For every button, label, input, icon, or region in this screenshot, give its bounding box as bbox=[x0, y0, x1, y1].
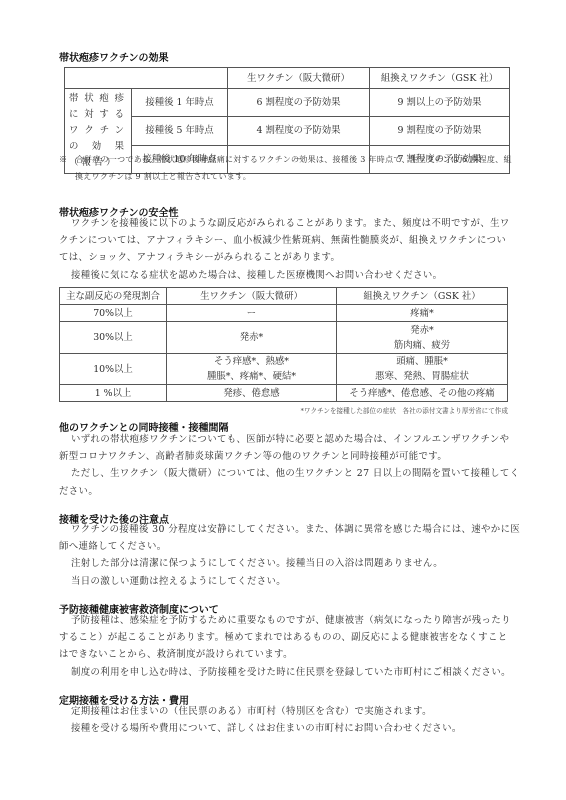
table-cell: 1 %以上 bbox=[60, 385, 167, 402]
table-cell: 10%以上 bbox=[60, 354, 167, 385]
document-page: 帯状疱疹ワクチンの効果 生ワクチン（阪大微研） 組換えワクチン（GSK 社） 帯… bbox=[0, 0, 566, 800]
table-footnote: *ワクチンを接種した部位の症状 各社の添付文書より厚労省にて作成 bbox=[301, 405, 508, 415]
table-row: 70%以上 ー 疼痛* bbox=[60, 305, 508, 322]
relief-system-paragraph: 予防接種は、感染症を予防するために重要なものですが、健康被害（病気になったり障害… bbox=[59, 612, 511, 681]
table-row: 1 %以上 発疹、倦怠感 そう痒感*、倦怠感、その他の疼痛 bbox=[60, 385, 508, 402]
table-header-row: 主な副反応の発現割合 生ワクチン（阪大微研） 組換えワクチン（GSK 社） bbox=[60, 288, 508, 305]
table-cell: そう痒感*、倦怠感、その他の疼痛 bbox=[337, 385, 508, 402]
table-cell: 接種後 1 年時点 bbox=[132, 89, 228, 117]
table-row: 30%以上 発赤* 発赤* 筋肉痛、疲労 bbox=[60, 322, 508, 354]
table-cell: 6 割程度の予防効果 bbox=[228, 89, 370, 117]
table-header-row: 生ワクチン（阪大微研） 組換えワクチン（GSK 社） bbox=[65, 68, 510, 89]
safety-paragraph: ワクチンを接種後に以下のような副反応がみられることがあります。また、頻度は不明で… bbox=[59, 215, 511, 284]
after-vaccination-paragraph: ワクチンの接種後 30 分程度は安静にしてください。また、体調に異常を感じた場合… bbox=[59, 521, 511, 590]
table-header: 主な副反応の発現割合 bbox=[60, 288, 167, 305]
table-cell: そう痒感*、熱感* 腫脹*、疼痛*、硬結* bbox=[167, 354, 337, 385]
table-cell: 9 割以上の予防効果 bbox=[370, 89, 510, 117]
table-cell: 70%以上 bbox=[60, 305, 167, 322]
table-cell: 4 割程度の予防効果 bbox=[228, 117, 370, 145]
table-cell: 発赤* 筋肉痛、疲労 bbox=[337, 322, 508, 354]
effect-note: ※ 合併症の一つである、帯状疱疹後神経痛に対するワクチンの効果は、接種後 3 年… bbox=[59, 151, 519, 185]
table-header: 組換えワクチン（GSK 社） bbox=[337, 288, 508, 305]
table-cell: 30%以上 bbox=[60, 322, 167, 354]
side-effects-table: 主な副反応の発現割合 生ワクチン（阪大微研） 組換えワクチン（GSK 社） 70… bbox=[59, 287, 508, 402]
table-row: 帯状疱疹に対するワクチンの効果（報告） 接種後 1 年時点 6 割程度の予防効果… bbox=[65, 89, 510, 117]
table-header: 生ワクチン（阪大微研） bbox=[228, 68, 370, 89]
effect-heading: 帯状疱疹ワクチンの効果 bbox=[59, 49, 169, 64]
table-row: 接種後 5 年時点 4 割程度の予防効果 9 割程度の予防効果 bbox=[65, 117, 510, 145]
table-cell: 発赤* bbox=[167, 322, 337, 354]
table-cell: 頭痛、腫脹* 悪寒、発熱、胃腸症状 bbox=[337, 354, 508, 385]
simultaneous-paragraph: いずれの帯状疱疹ワクチンについても、医師が特に必要と認めた場合は、インフルエンザ… bbox=[59, 431, 511, 500]
table-cell: 9 割程度の予防効果 bbox=[370, 117, 510, 145]
table-cell: ー bbox=[167, 305, 337, 322]
table-row: 10%以上 そう痒感*、熱感* 腫脹*、疼痛*、硬結* 頭痛、腫脹* 悪寒、発熱… bbox=[60, 354, 508, 385]
table-header: 組換えワクチン（GSK 社） bbox=[370, 68, 510, 89]
table-header-empty bbox=[65, 68, 228, 89]
table-cell: 疼痛* bbox=[337, 305, 508, 322]
table-header: 生ワクチン（阪大微研） bbox=[167, 288, 337, 305]
table-cell: 発疹、倦怠感 bbox=[167, 385, 337, 402]
table-cell: 接種後 5 年時点 bbox=[132, 117, 228, 145]
cost-paragraph: 定期接種はお住まいの（住民票のある）市町村（特別区を含む）で実施されます。 接種… bbox=[59, 703, 511, 737]
